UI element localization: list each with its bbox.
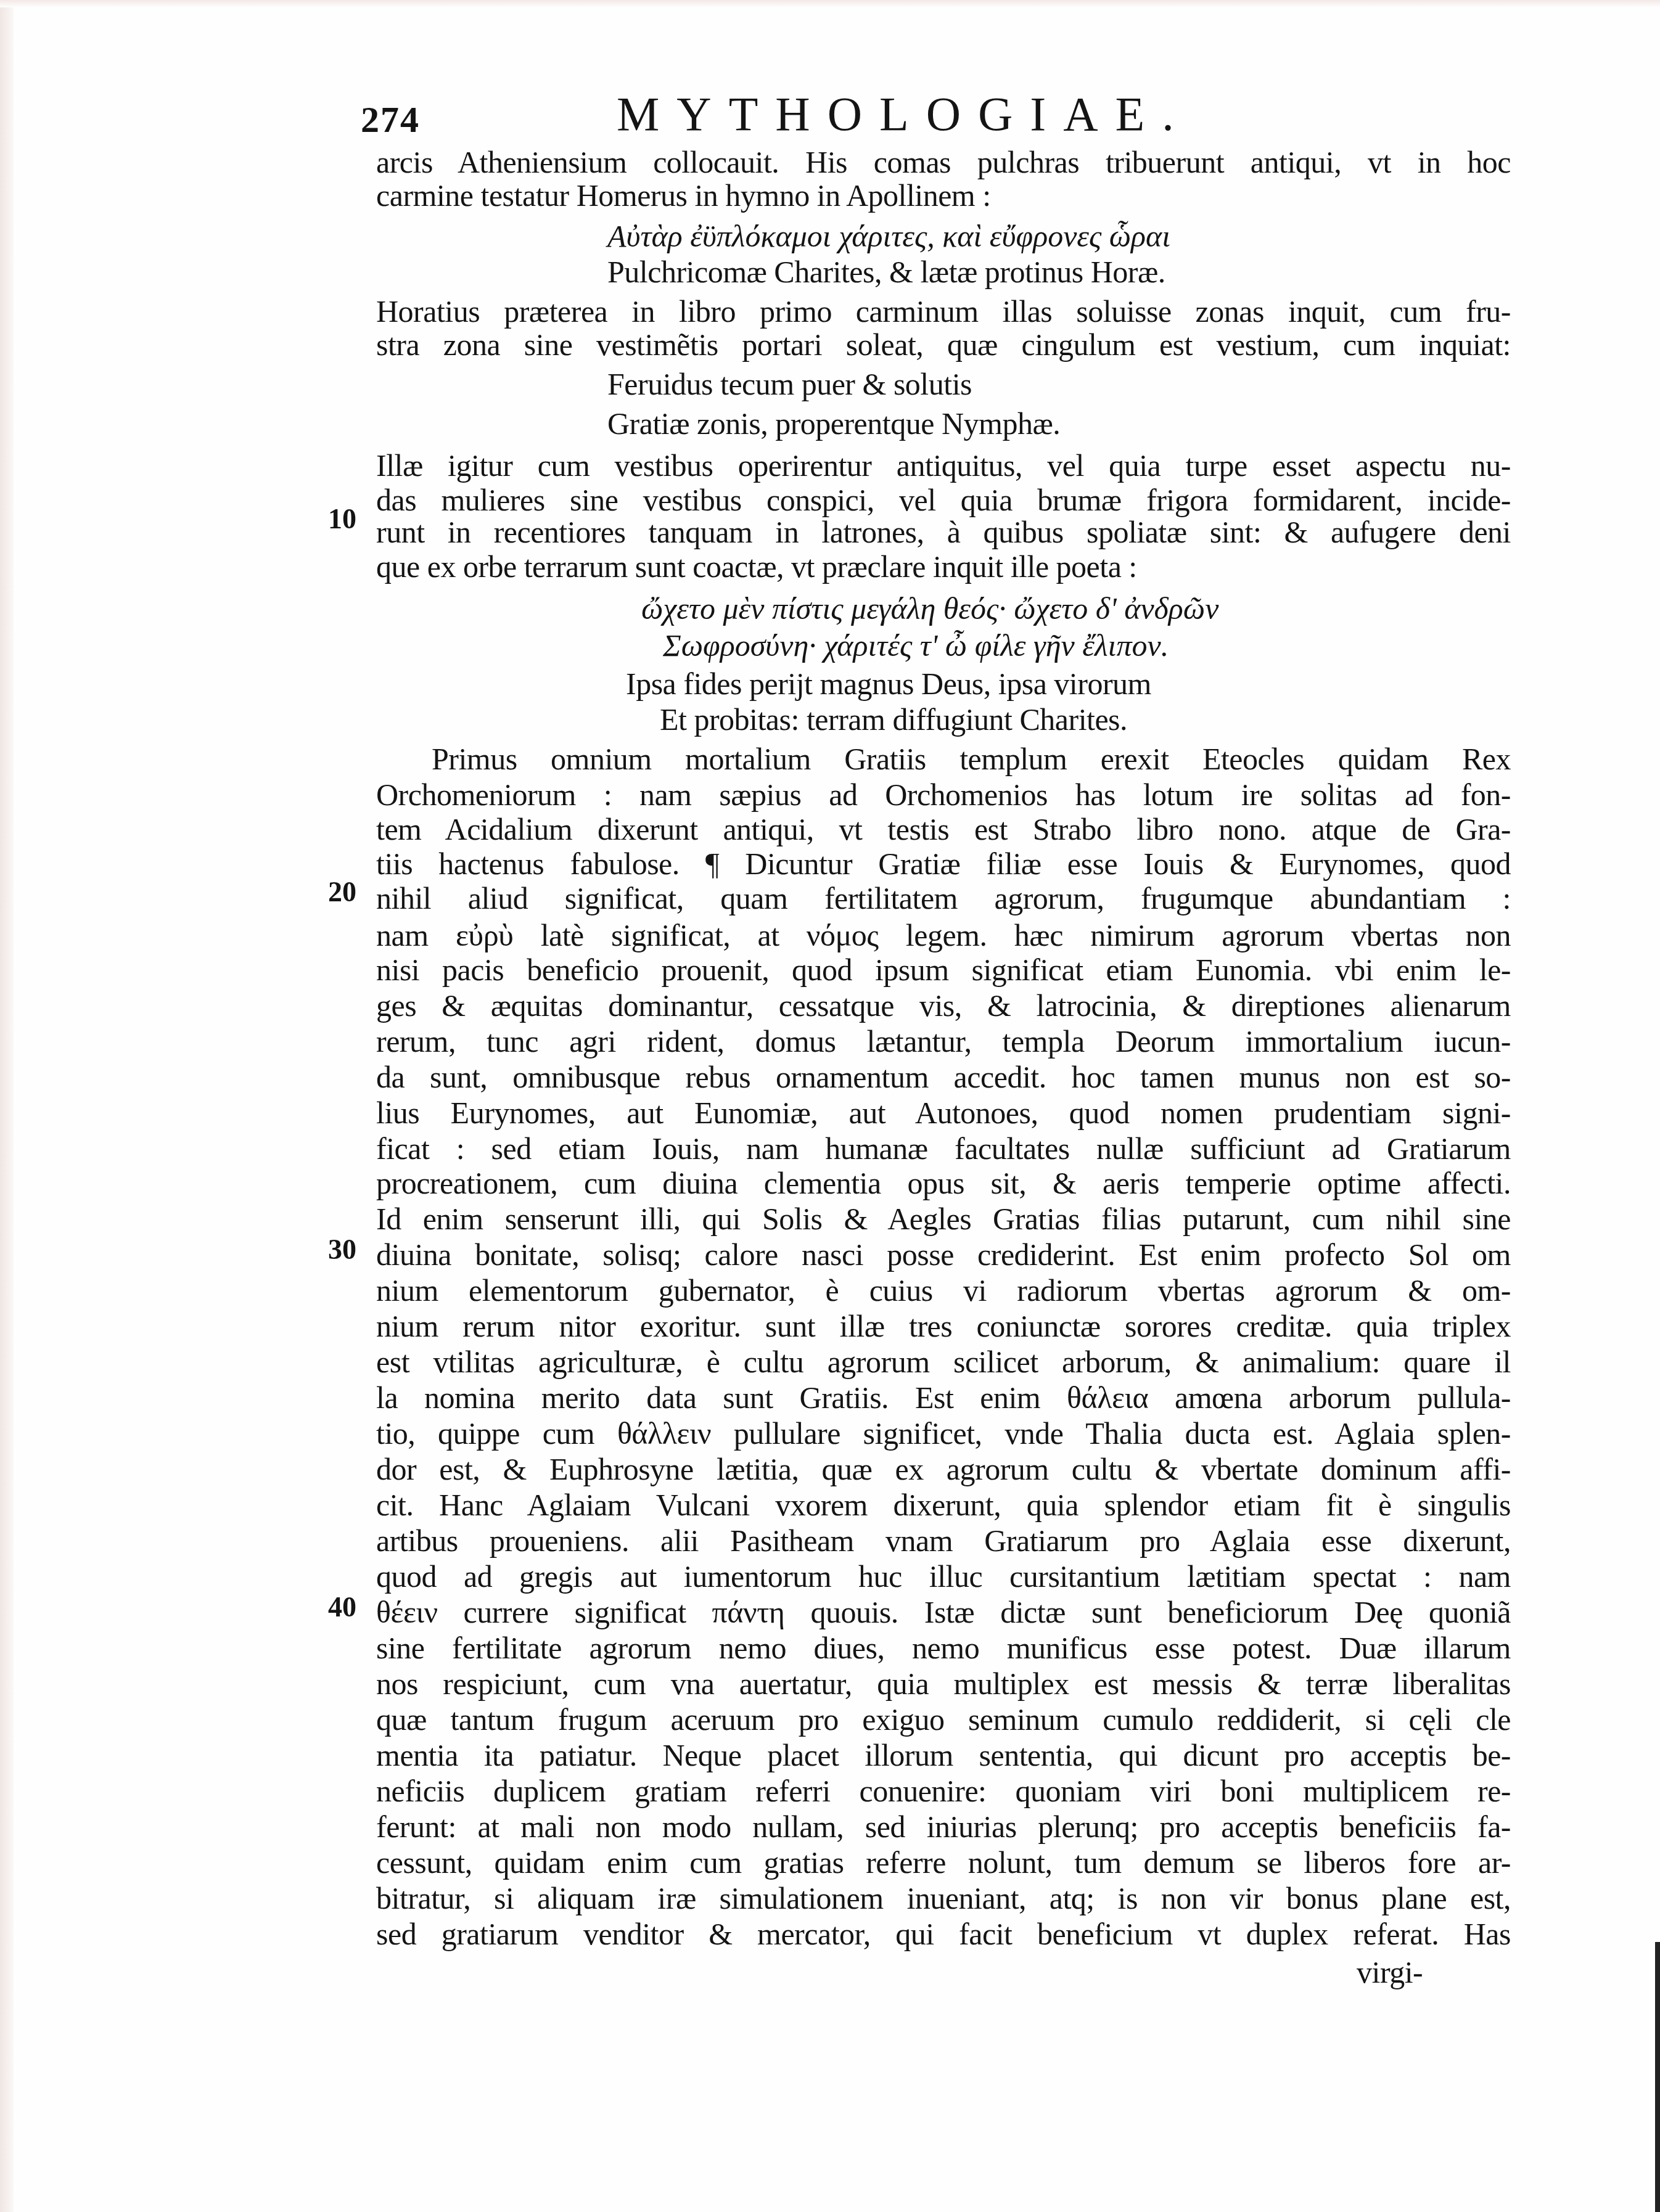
text-line: quod ad gregis aut iumentorum huc illuc … bbox=[376, 1560, 1511, 1593]
text-line: nos respiciunt, cum vna auertatur, quia … bbox=[376, 1667, 1511, 1700]
text-line: Illæ igitur cum vestibus operirentur ant… bbox=[376, 449, 1511, 482]
text-line: procreationem, cum diuina clementia opus… bbox=[376, 1166, 1511, 1200]
text-line: neficiis duplicem gratiam referri conuen… bbox=[376, 1774, 1511, 1808]
line-number-40: 40 bbox=[328, 1591, 356, 1623]
text-line: lius Eurynomes, aut Eunomiæ, aut Autonoe… bbox=[376, 1096, 1511, 1129]
greek-verse-line: Σωφροσύνη· χάριτές τ' ὦ φίλε γῆν ἔλιπον. bbox=[663, 629, 1169, 662]
text-line: nium elementorum gubernator, è cuius vi … bbox=[376, 1274, 1511, 1307]
text-line: Orchomeniorum : nam sæpius ad Orchomenio… bbox=[376, 778, 1511, 811]
text-line: ferunt: at mali non modo nullam, sed ini… bbox=[376, 1810, 1511, 1843]
text-line: cit. Hanc Aglaiam Vulcani vxorem dixerun… bbox=[376, 1488, 1511, 1522]
text-line: arcis Atheniensium collocauit. His comas… bbox=[376, 145, 1511, 179]
text-line: tem Acidalium dixerunt antiqui, vt testi… bbox=[376, 813, 1511, 846]
text-line: mentia ita patiatur. Neque placet illoru… bbox=[376, 1739, 1511, 1772]
line-number-30: 30 bbox=[328, 1233, 356, 1266]
text-line: nam εὐρὺ latè significat, at νόμος legem… bbox=[376, 919, 1511, 952]
text-line: que ex orbe terrarum sunt coactæ, vt præ… bbox=[376, 550, 1137, 583]
text-line: runt in recentiores tanquam in latrones,… bbox=[376, 515, 1511, 549]
text-line: tio, quippe cum θάλλειν pullulare signif… bbox=[376, 1417, 1511, 1450]
text-line: ges & æquitas dominantur, cessatque vis,… bbox=[376, 989, 1511, 1022]
text-line: ficat : sed etiam Iouis, nam humanæ facu… bbox=[376, 1132, 1511, 1165]
book-page: 274 MYTHOLOGIAE. 10 20 30 40 arcis Athen… bbox=[0, 0, 1660, 2212]
line-number-10: 10 bbox=[328, 502, 356, 535]
greek-verse-line: Αὐτὰρ ἐϋπλόκαμοι χάριτες, καὶ εὔφρονες ὧ… bbox=[607, 219, 1170, 253]
verse-line: Et probitas: terram diffugiunt Charites. bbox=[660, 703, 1127, 736]
text-line: sine fertilitate agrorum nemo diues, nem… bbox=[376, 1631, 1511, 1665]
page-number: 274 bbox=[361, 99, 420, 141]
text-line: cessunt, quidam enim cum gratias referre… bbox=[376, 1846, 1511, 1879]
verse-line: Feruidus tecum puer & solutis bbox=[607, 367, 972, 401]
running-title: MYTHOLOGIAE. bbox=[617, 86, 1191, 142]
verse-line: Pulchricomæ Charites, & lætæ protinus Ho… bbox=[607, 255, 1165, 289]
greek-verse-line: ὤχετο μὲν πίστις μεγάλη θεός· ὤχετο δ' ἀ… bbox=[641, 592, 1218, 625]
text-line: bitratur, si aliquam iræ simulationem in… bbox=[376, 1882, 1511, 1915]
text-line: la nomina merito data sunt Gratiis. Est … bbox=[376, 1381, 1511, 1414]
line-number-20: 20 bbox=[328, 875, 356, 908]
text-line: das mulieres sine vestibus conspici, vel… bbox=[376, 483, 1511, 517]
text-line: diuina bonitate, solisq; calore nasci po… bbox=[376, 1238, 1511, 1271]
text-line: est vtilitas agriculturæ, è cultu agroru… bbox=[376, 1345, 1511, 1378]
text-line: θέειν currere significat πάντη quouis. I… bbox=[376, 1596, 1511, 1629]
text-line: tiis hactenus fabulose. ¶ Dicuntur Grati… bbox=[376, 847, 1511, 880]
text-line: rerum, tunc agri rident, domus lætantur,… bbox=[376, 1025, 1511, 1058]
text-line: Horatius præterea in libro primo carminu… bbox=[376, 295, 1511, 328]
text-line: artibus proueniens. alii Pasitheam vnam … bbox=[376, 1524, 1511, 1557]
text-line: nisi pacis beneficio prouenit, quod ipsu… bbox=[376, 953, 1511, 986]
verse-line: Gratiæ zonis, properentque Nymphæ. bbox=[607, 407, 1060, 440]
text-line: nihil aliud significat, quam fertilitate… bbox=[376, 882, 1511, 915]
text-line: sed gratiarum venditor & mercator, qui f… bbox=[376, 1917, 1511, 1951]
text-line: carmine testatur Homerus in hymno in Apo… bbox=[376, 179, 991, 212]
text-line: dor est, & Euphrosyne lætitia, quæ ex ag… bbox=[376, 1452, 1511, 1486]
text-line: da sunt, omnibusque rebus ornamentum acc… bbox=[376, 1060, 1511, 1094]
verse-line: Ipsa fides perijt magnus Deus, ipsa viro… bbox=[626, 667, 1151, 700]
text-line: Primus omnium mortalium Gratiis templum … bbox=[432, 742, 1511, 776]
text-line: Id enim senserunt illi, qui Solis & Aegl… bbox=[376, 1202, 1511, 1235]
text-line: nium rerum nitor exoritur. sunt illæ tre… bbox=[376, 1309, 1511, 1343]
catchword: virgi- bbox=[1357, 1956, 1423, 1989]
text-line: quæ tantum frugum aceruum pro exiguo sem… bbox=[376, 1703, 1511, 1736]
text-line: stra zona sine vestimẽtis portari soleat… bbox=[376, 328, 1511, 361]
